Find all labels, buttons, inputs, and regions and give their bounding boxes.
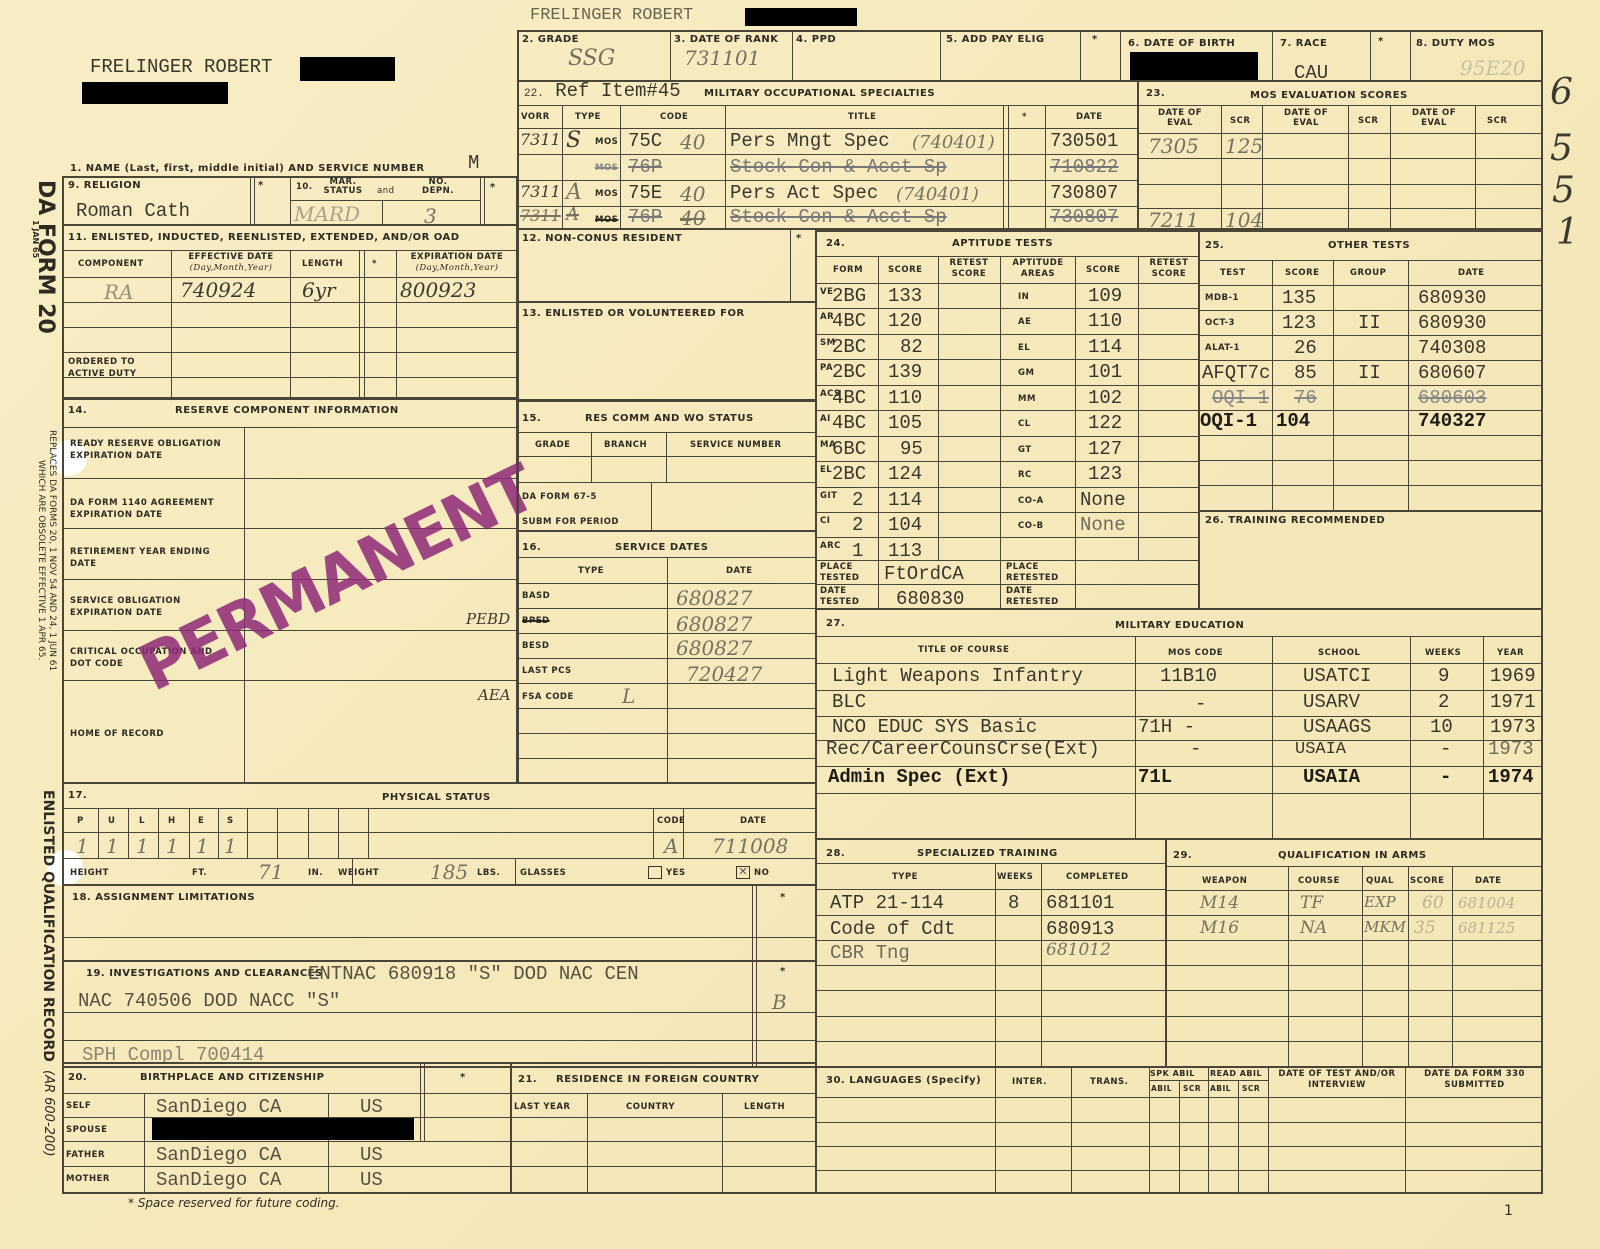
redaction [152, 1118, 414, 1140]
other-test-date: 680930 [1418, 312, 1486, 334]
duty-mos-value: 95E20 [1460, 56, 1526, 80]
birth-relation: FATHER [66, 1150, 105, 1160]
mos-suffix: 40 [680, 206, 705, 230]
form-title: ENLISTED QUALIFICATION RECORD [40, 790, 56, 1062]
dependents-label: NO. DEPN. [418, 178, 458, 196]
margin-mark-4: 1 [1556, 212, 1579, 253]
asterisk: * [780, 892, 786, 903]
other-test-score: 76 [1294, 387, 1317, 409]
other-test-date: 680930 [1418, 287, 1486, 309]
name-label: 1. NAME (Last, first, middle initial) AN… [70, 163, 425, 174]
form-regulation: (AR 600-200) [41, 1070, 56, 1157]
spec-type: ATP 21-114 [830, 892, 944, 914]
eval-date: 7305 [1148, 134, 1199, 158]
apt-col-form: FORM [833, 265, 863, 275]
asterisk: * [1092, 34, 1098, 45]
training-recommended-label: 26. TRAINING RECOMMENDED [1205, 515, 1385, 526]
military-education-label: 27. [826, 618, 845, 629]
eval-score: 104 [1225, 208, 1263, 232]
apt-area-score: 114 [1088, 336, 1122, 358]
mos-vorr: 7311 [520, 182, 561, 201]
asterisk: * [796, 233, 802, 244]
apt-area-score: 123 [1088, 463, 1122, 485]
eval-col-scr-2: SCR [1358, 116, 1378, 126]
margin-mark-3: 5 [1552, 170, 1575, 211]
other-test-score: 85 [1294, 362, 1317, 384]
place-tested-label: PLACE TESTED [820, 562, 875, 584]
apt-test-form: 4BC [832, 412, 866, 434]
edu-title: Rec/CareerCounsCrse(Ext) [826, 738, 1100, 760]
apt-area-score: 110 [1088, 310, 1122, 332]
other-test-name: OQI-1 [1200, 410, 1257, 432]
mos-ref: 22. Ref Item#45 [524, 80, 681, 102]
service-annotation: PEBD [466, 610, 510, 628]
investigations-label: 19. INVESTIGATIONS AND CLEARANCES [86, 968, 323, 979]
edu-year: 1974 [1488, 766, 1534, 788]
profile-u-value: 1 [106, 834, 119, 858]
other-col-score: SCORE [1285, 268, 1319, 278]
height-ft-label: FT. [192, 868, 207, 878]
mos-code: 76P [628, 156, 662, 178]
birth-place: SanDiego CA [156, 1096, 281, 1118]
edu-col-title: TITLE OF COURSE [918, 645, 1009, 655]
mos-date: 730807 [1050, 182, 1118, 204]
reserve-row-ready-reserve: READY RESERVE OBLIGATION EXPIRATION DATE [70, 438, 235, 462]
languages-label: 30. LANGUAGES (Specify) [826, 1075, 981, 1086]
eval-col-date-2: DATE OF EVAL [1270, 108, 1342, 128]
duty-mos-label: 8. DUTY MOS [1416, 38, 1495, 49]
apt-test-score: 104 [888, 514, 922, 536]
res-col-grade: GRADE [535, 440, 570, 450]
eval-col-date-1: DATE OF EVAL [1145, 108, 1215, 128]
edu-school: USATCI [1303, 665, 1371, 687]
service-date: 680827 [676, 636, 752, 660]
profile-u: U [108, 816, 115, 826]
marital-status-label: MAR. STATUS [318, 178, 368, 196]
mos-note: (740401) [896, 184, 979, 205]
spec-completed: 681101 [1046, 892, 1114, 914]
mos-tag: MOS [595, 189, 618, 199]
marital-status-value: MARD [294, 202, 360, 226]
date-tested-value: 680830 [896, 588, 964, 610]
col-effective-date: EFFECTIVE DATE [174, 252, 288, 262]
form-page: DA FORM 20 1 JAN 65 REPLACES DA FORMS 20… [0, 0, 1600, 1249]
eval-col-date-3: DATE OF EVAL [1398, 108, 1470, 128]
aptitude-label: 24. [826, 238, 845, 249]
margin-mark-1: 6 [1550, 72, 1573, 113]
apt-col-score: SCORE [888, 265, 922, 275]
foreign-residence-title: RESIDENCE IN FOREIGN COUNTRY [556, 1074, 759, 1085]
lang-sub-scr-1: SCR [1183, 1084, 1201, 1093]
mos-code: 75E [628, 182, 662, 204]
mos-col-date: DATE [1076, 112, 1103, 122]
edu-school: USAIA [1295, 740, 1346, 759]
apt-test-form: 4BC [832, 310, 866, 332]
footnote: * Space reserved for future coding. [128, 1196, 340, 1210]
foreign-col-length: LENGTH [744, 1102, 785, 1112]
apt-col-area-retest: RETEST SCORE [1140, 258, 1198, 280]
apt-test-score: 114 [888, 489, 922, 511]
profile-l: L [139, 816, 145, 826]
mos-type: A [566, 180, 582, 205]
mos-title: Pers Act Spec [730, 182, 878, 204]
ppd-label: 4. PPD [796, 34, 836, 45]
edu-col-weeks: WEEKS [1425, 648, 1461, 658]
glasses-yes-checkbox[interactable] [648, 866, 662, 879]
redaction [300, 57, 395, 81]
mos-suffix: 40 [680, 182, 705, 206]
mos-col-type: TYPE [575, 112, 601, 122]
length-value: 6yr [302, 278, 336, 302]
apt-area-score: None [1080, 489, 1126, 511]
apt-area-name: CL [1018, 419, 1031, 429]
apt-area-score: 127 [1088, 438, 1122, 460]
physical-status-label: 17. [68, 790, 87, 801]
mos-code: 76P [628, 206, 662, 228]
other-tests-title: OTHER TESTS [1328, 240, 1410, 251]
glasses-yes-label: YES [666, 868, 686, 878]
apt-test-score: 95 [900, 438, 923, 460]
apt-test-name: GIT [820, 491, 837, 501]
arms-date: 681004 [1458, 894, 1515, 912]
mos-type: S [566, 128, 581, 153]
mos-col-vorr: VORR [521, 112, 550, 122]
aptitude-title: APTITUDE TESTS [952, 238, 1053, 249]
edu-school: USAAGS [1303, 716, 1371, 738]
weight-lbs-label: LBS. [477, 868, 500, 878]
other-tests-label: 25. [1205, 240, 1224, 251]
edu-weeks: 9 [1438, 665, 1449, 687]
weight-value: 185 [430, 860, 468, 884]
apt-area-name: CO-A [1018, 496, 1044, 506]
service-dates-title: SERVICE DATES [615, 542, 708, 553]
edu-school: USARV [1303, 691, 1360, 713]
lang-col-date-test: DATE OF TEST AND/OR INTERVIEW [1270, 1069, 1404, 1091]
profile-s-value: 1 [224, 834, 237, 858]
edu-mos: - [1195, 693, 1206, 715]
apt-area-name: EL [1018, 343, 1030, 353]
foreign-col-last-year: LAST YEAR [514, 1102, 570, 1112]
reserve-row-home-of-record: HOME OF RECORD [70, 729, 164, 739]
physical-code-label: CODE [657, 816, 685, 826]
other-test-name: ALAT-1 [1205, 343, 1240, 353]
grade-label: 2. GRADE [522, 34, 579, 45]
lang-sub-abil-2: ABIL [1210, 1084, 1231, 1093]
race-label: 7. RACE [1280, 38, 1327, 49]
res-comm-title: RES COMM AND WO STATUS [585, 413, 754, 424]
edu-title: BLC [832, 691, 866, 713]
apt-area-name: GT [1018, 445, 1032, 455]
qualification-arms-label: 29. [1173, 850, 1192, 861]
spec-completed: 681012 [1046, 940, 1111, 960]
asterisk: * [780, 966, 786, 977]
other-test-date: 680603 [1418, 387, 1486, 409]
apt-test-score: 82 [900, 336, 923, 358]
asterisk: * [1378, 36, 1384, 47]
mos-col-code: CODE [660, 112, 688, 122]
service-date: 680827 [676, 612, 752, 636]
apt-test-form: 2BC [832, 336, 866, 358]
other-test-name: OQI-1 [1212, 387, 1269, 409]
birth-place: SanDiego CA [156, 1144, 281, 1166]
non-conus-label: 12. NON-CONUS RESIDENT [522, 233, 682, 244]
spec-type: Code of Cdt [830, 918, 955, 940]
mos-ref-text: Ref Item#45 [555, 80, 680, 102]
edu-col-year: YEAR [1497, 648, 1524, 658]
eval-date: 7211 [1148, 208, 1199, 232]
height-label: HEIGHT [70, 868, 109, 878]
profile-h-value: 1 [166, 834, 179, 858]
mos-type: A [566, 204, 579, 225]
birth-relation: SPOUSE [66, 1125, 107, 1135]
margin-mark-2: 5 [1550, 128, 1573, 169]
apt-area-name: CO-B [1018, 521, 1044, 531]
apt-test-name: CI [820, 516, 830, 526]
redaction [82, 82, 228, 104]
mos-vorr: 7311 [520, 206, 561, 225]
other-test-group: II [1358, 362, 1381, 384]
edu-mos: 71L [1138, 766, 1172, 788]
date-retested-label: DATE RETESTED [1006, 586, 1074, 608]
height-in-label: IN. [308, 868, 323, 878]
apt-test-score: 105 [888, 412, 922, 434]
sex-value: M [468, 152, 479, 174]
apt-test-score: 113 [888, 540, 922, 562]
apt-test-form: 2 [852, 514, 863, 536]
foreign-col-country: COUNTRY [626, 1102, 675, 1112]
apt-area-name: IN [1018, 292, 1029, 302]
marital-label-num: 10. [296, 182, 313, 192]
other-test-group: II [1358, 312, 1381, 334]
edu-school: USAIA [1303, 766, 1360, 788]
birth-citizenship: US [360, 1096, 383, 1118]
apt-test-name: AI [820, 414, 831, 424]
service-value: L [622, 684, 635, 708]
apt-test-form: 2BC [832, 361, 866, 383]
apt-test-form: 6BC [832, 438, 866, 460]
col-effective-hint: (Day,Month,Year) [174, 263, 288, 273]
apt-col-area-score: SCORE [1086, 265, 1120, 275]
mos-title: Pers Mngt Spec [730, 130, 890, 152]
lang-sub-abil-1: ABIL [1151, 1084, 1172, 1093]
apt-test-form: 4BC [832, 387, 866, 409]
ordered-to-active-duty-label: ORDERED TO ACTIVE DUTY [68, 356, 158, 380]
other-test-score: 123 [1282, 312, 1316, 334]
eval-col-scr-1: SCR [1230, 116, 1250, 126]
arms-col-score: SCORE [1410, 876, 1444, 886]
apt-test-score: 139 [888, 361, 922, 383]
col-expiration-date: EXPIRATION DATE [398, 252, 516, 262]
other-col-group: GROUP [1350, 268, 1386, 278]
spec-col-type: TYPE [892, 872, 918, 882]
expiration-value: 800923 [400, 278, 476, 302]
other-test-date: 740308 [1418, 337, 1486, 359]
subm-for-period-label: SUBM FOR PERIOD [522, 517, 619, 527]
arms-qual: EXP [1364, 893, 1396, 911]
mos-eval-label: 23. [1146, 88, 1165, 99]
effective-value: 740924 [180, 278, 256, 302]
res-col-service-number: SERVICE NUMBER [690, 440, 782, 450]
physical-code-value: A [664, 834, 678, 858]
mos-note: (740401) [912, 132, 995, 153]
reserve-row-retirement-year: RETIREMENT YEAR ENDING DATE [70, 546, 220, 570]
profile-e-value: 1 [196, 834, 209, 858]
apt-area-name: RC [1018, 470, 1032, 480]
service-dates-label: 16. [522, 542, 541, 553]
mos-col-title: TITLE [848, 112, 876, 122]
apt-area-score: 122 [1088, 412, 1122, 434]
edu-weeks: - [1440, 738, 1451, 760]
birth-relation: SELF [66, 1101, 91, 1111]
investigations-line-2: NAC 740506 DOD NACC "S" [78, 990, 340, 1012]
service-col-type: TYPE [578, 566, 604, 576]
assignment-limitations-label: 18. ASSIGNMENT LIMITATIONS [72, 892, 255, 903]
mos-date: 730807 [1050, 206, 1118, 228]
specialized-training-label: 28. [826, 848, 845, 859]
apt-test-score: 133 [888, 285, 922, 307]
component-value: RA [104, 280, 134, 304]
replaces-note: REPLACES DA FORMS 20, 1 NOV 54 AND 24, 1… [47, 430, 57, 671]
apt-test-form: 2BG [832, 285, 866, 307]
specialized-training-title: SPECIALIZED TRAINING [917, 848, 1058, 859]
other-test-name: OCT-3 [1205, 318, 1235, 328]
top-typed-name: FRELINGER ROBERT [530, 6, 693, 25]
arms-date: 681125 [1458, 919, 1515, 937]
physical-date-label: DATE [740, 816, 767, 826]
lang-col-da-330: DATE DA FORM 330 SUBMITTED [1407, 1069, 1542, 1091]
edu-mos: - [1190, 738, 1201, 760]
profile-p: P [77, 816, 84, 826]
military-education-title: MILITARY EDUCATION [1115, 620, 1244, 631]
asterisk: * [490, 182, 496, 193]
place-retested-label: PLACE RETESTED [1006, 562, 1074, 584]
apt-test-score: 120 [888, 310, 922, 332]
apt-area-score: 102 [1088, 387, 1122, 409]
religion-value: Roman Cath [76, 200, 190, 222]
service-date: 680827 [676, 586, 752, 610]
arms-score: 60 [1422, 893, 1444, 913]
aptitude-section [815, 230, 1200, 610]
col-length: LENGTH [302, 259, 343, 269]
investigations-code: B [772, 990, 787, 1014]
arms-col-course: COURSE [1298, 876, 1340, 886]
service-type: LAST PCS [522, 666, 572, 676]
arms-score: 35 [1414, 918, 1436, 938]
edu-col-mos: MOS CODE [1168, 648, 1223, 658]
apt-area-score: 109 [1088, 285, 1122, 307]
date-tested-label: DATE TESTED [820, 586, 875, 608]
edu-weeks: 10 [1430, 716, 1453, 738]
edu-col-school: SCHOOL [1318, 648, 1360, 658]
other-test-score: 26 [1294, 337, 1317, 359]
mos-suffix: 40 [680, 130, 705, 154]
glasses-no-checkbox[interactable]: ✕ [736, 866, 750, 879]
service-date: 720427 [686, 662, 762, 686]
dob-label: 6. DATE OF BIRTH [1128, 38, 1235, 49]
eval-col-scr-3: SCR [1487, 116, 1507, 126]
qualification-arms-title: QUALIFICATION IN ARMS [1278, 850, 1427, 861]
glasses-label: GLASSES [520, 868, 566, 878]
mos-ref-num: 22. [524, 88, 544, 100]
add-pay-label: 5. ADD PAY ELIG [946, 34, 1045, 45]
apt-col-areas: APTITUDE AREAS [1002, 258, 1074, 280]
birth-citizenship: US [360, 1169, 383, 1191]
spec-completed: 680913 [1046, 918, 1114, 940]
arms-weapon: M16 [1200, 918, 1239, 938]
lang-col-read: READ ABIL [1210, 1069, 1262, 1078]
other-test-name: AFQT7c [1202, 362, 1270, 384]
name-value: FRELINGER ROBERT [90, 56, 272, 78]
qualification-arms-section [1165, 838, 1543, 1068]
apt-area-name: AE [1018, 317, 1031, 327]
col-asterisk: * [372, 259, 377, 269]
mos-col-asterisk: * [1022, 112, 1027, 122]
form-edition: 1 JAN 65 [31, 220, 40, 258]
date-of-rank-label: 3. DATE OF RANK [674, 34, 779, 45]
redaction [745, 8, 857, 26]
apt-area-score: None [1080, 514, 1126, 536]
enlistment-label: 11. ENLISTED, INDUCTED, REENLISTED, EXTE… [68, 232, 460, 243]
edu-mos: 71H - [1138, 716, 1195, 738]
reserve-row-da-form-1140: DA FORM 1140 AGREEMENT EXPIRATION DATE [70, 497, 240, 521]
physical-date-value: 711008 [712, 834, 788, 858]
asterisk: * [258, 180, 264, 191]
apt-area-score: 101 [1088, 361, 1122, 383]
spec-weeks: 8 [1008, 892, 1019, 914]
mos-tag: MOS [595, 215, 618, 225]
edu-year: 1973 [1490, 716, 1536, 738]
other-test-score: 104 [1276, 410, 1310, 432]
mos-title: Stock Con & Acct Sp [730, 156, 947, 178]
apt-test-form: 1 [852, 540, 863, 562]
service-col-date: DATE [726, 566, 753, 576]
apt-test-form: 2BC [832, 463, 866, 485]
profile-h: H [168, 816, 176, 826]
mos-date: 710822 [1050, 156, 1118, 178]
eval-score: 125 [1225, 134, 1263, 158]
other-col-test: TEST [1220, 268, 1246, 278]
service-type: BPED [522, 616, 550, 626]
place-tested-value: FtOrdCA [884, 563, 964, 585]
arms-col-qual: QUAL [1366, 876, 1394, 886]
marital-and-label: and [377, 186, 395, 196]
arms-qual: MKM [1364, 918, 1406, 936]
other-col-date: DATE [1458, 268, 1485, 278]
service-type: FSA CODE [522, 692, 574, 702]
edu-weeks: 2 [1438, 691, 1449, 713]
da-form-67-5-label: DA FORM 67-5 [522, 492, 597, 502]
arms-course: TF [1300, 893, 1323, 913]
apt-col-retest: RETEST SCORE [940, 258, 998, 280]
birth-relation: MOTHER [66, 1174, 110, 1184]
edu-title: Light Weapons Infantry [832, 665, 1083, 687]
apt-test-name: EL [820, 465, 832, 475]
mos-title: MILITARY OCCUPATIONAL SPECIALTIES [704, 88, 935, 99]
edu-title: Admin Spec (Ext) [828, 766, 1010, 788]
apt-test-name: ARC [820, 541, 841, 551]
lang-sub-scr-2: SCR [1242, 1084, 1260, 1093]
edu-year: 1971 [1490, 691, 1536, 713]
profile-e: E [198, 816, 204, 826]
mos-title: Stock Con & Acct Sp [730, 206, 947, 228]
enlisted-for-label: 13. ENLISTED OR VOLUNTEERED FOR [522, 308, 745, 319]
other-test-date: 680607 [1418, 362, 1486, 384]
apt-test-score: 110 [888, 387, 922, 409]
service-annotation: AEA [478, 686, 511, 704]
spec-type: CBR Tng [830, 942, 910, 964]
reserve-title: RESERVE COMPONENT INFORMATION [175, 405, 399, 416]
mos-code: 75C [628, 130, 662, 152]
